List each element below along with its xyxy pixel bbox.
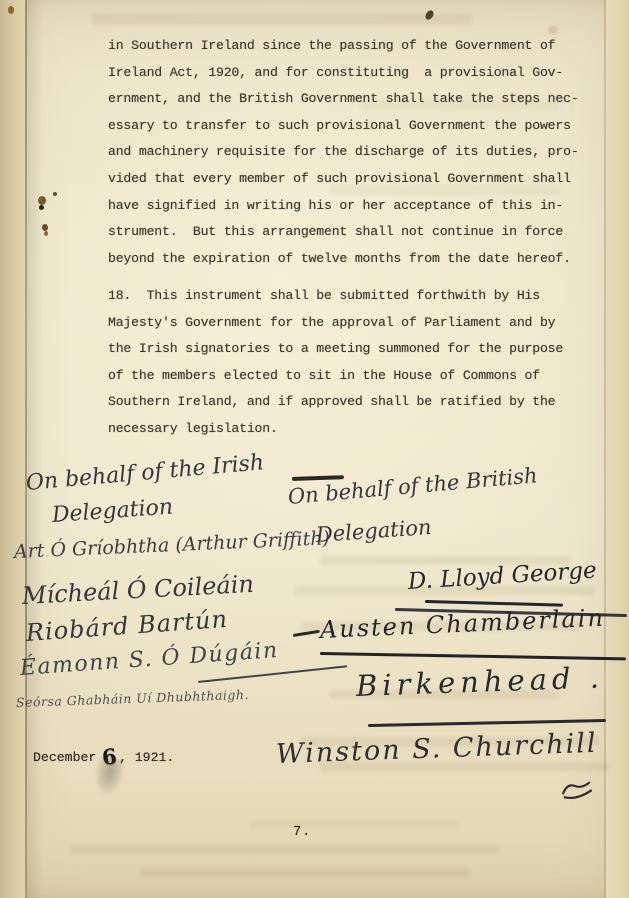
- chamberlain-underline: [320, 652, 626, 660]
- bleed-through: [92, 14, 472, 25]
- signature-robert-barton: Riobárd Bartún: [25, 605, 229, 647]
- rust-spot: [38, 196, 46, 205]
- bleed-through: [250, 820, 460, 828]
- treaty-article-17-continuation-text: in Southern Ireland since the passing of…: [108, 33, 590, 272]
- rust-spot: [44, 231, 48, 236]
- bleed-through: [140, 868, 470, 877]
- page-number: 7.: [293, 825, 311, 840]
- bleed-through: [70, 845, 500, 854]
- rust-spot: [8, 6, 14, 14]
- rust-spot: [42, 224, 48, 231]
- date-month: December: [33, 750, 96, 765]
- treaty-document-page: in Southern Ireland since the passing of…: [0, 0, 629, 898]
- chamberlain-leading-dash: [293, 630, 320, 637]
- birkenhead-underline: [368, 719, 606, 726]
- signature-george-gavan-duffy: Seórsa Ghabháin Uí Dhubhthaigh.: [16, 687, 249, 710]
- date-year: , 1921.: [119, 750, 174, 765]
- signature-austen-chamberlain: Austen Chamberlain: [319, 604, 605, 644]
- page-left-edge-strip: [0, 0, 26, 898]
- irish-delegation-heading-line2: Delegation: [51, 495, 174, 528]
- british-delegation-heading-line1: On behalf of the British: [287, 463, 538, 509]
- ink-smudge: [93, 756, 125, 796]
- rust-spot: [39, 205, 44, 210]
- signature-birkenhead: Birkenhead .: [355, 660, 604, 703]
- british-delegation-heading-line2: Delegation: [315, 515, 432, 547]
- churchill-flourish: [559, 777, 595, 804]
- irish-delegation-heading-line1: On behalf of the Irish: [25, 450, 265, 496]
- ink-speck: [53, 192, 57, 196]
- duggan-underline-flourish: [198, 665, 347, 683]
- signature-arthur-griffith: Art Ó Gríobhtha (Arthur Griffith): [14, 527, 331, 563]
- treaty-article-18-text: 18. This instrument shall be submitted f…: [108, 283, 590, 443]
- signature-michael-collins: Mícheál Ó Coileáin: [21, 570, 254, 610]
